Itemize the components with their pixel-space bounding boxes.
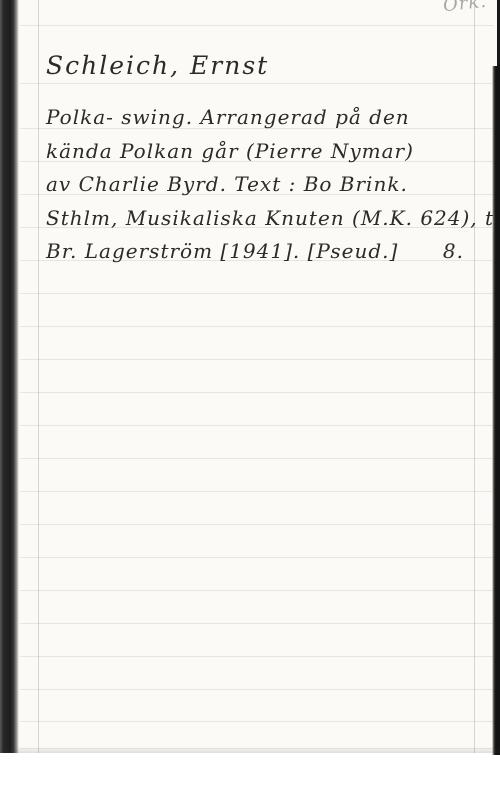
- rule-line: [20, 25, 494, 26]
- right-binding-edge: [492, 66, 500, 755]
- card-line: Sthlm, Musikaliska Knuten (M.K. 624), tr…: [46, 202, 470, 236]
- rule-line: [20, 359, 494, 360]
- rule-line: [20, 656, 494, 657]
- scanned-catalog-card: Ork. Schleich, Ernst Polka- swing. Arran…: [0, 0, 500, 800]
- page-number: 8.: [443, 235, 464, 269]
- card-line: av Charlie Byrd. Text : Bo Brink.: [46, 168, 470, 202]
- rule-line: [20, 721, 494, 722]
- rule-line: [20, 83, 494, 84]
- rule-line: [20, 392, 494, 393]
- card-body: Polka- swing. Arrangerad på den kända Po…: [46, 101, 470, 269]
- rule-line: [20, 524, 494, 525]
- rule-line: [20, 590, 494, 591]
- rule-line: [20, 689, 494, 690]
- paper-bottom-edge: [0, 747, 500, 753]
- left-margin-line: [38, 0, 39, 753]
- card-paper: Ork. Schleich, Ernst Polka- swing. Arran…: [0, 0, 500, 753]
- rule-line: [20, 557, 494, 558]
- card-line: Polka- swing. Arrangerad på den: [46, 101, 470, 135]
- card-line: kända Polkan går (Pierre Nymar): [46, 135, 470, 169]
- corner-annotation: Ork.: [442, 0, 488, 16]
- card-line-text: Br. Lagerström [1941]. [Pseud.]: [46, 235, 398, 269]
- rule-line: [20, 491, 494, 492]
- card-heading: Schleich, Ernst: [46, 51, 269, 80]
- right-margin-line: [474, 0, 475, 753]
- rule-line: [20, 425, 494, 426]
- rule-line: [20, 293, 494, 294]
- rule-line: [20, 458, 494, 459]
- rule-line: [20, 623, 494, 624]
- left-binding-edge: [0, 0, 19, 753]
- card-line: Br. Lagerström [1941]. [Pseud.] 8.: [46, 235, 470, 269]
- rule-line: [20, 326, 494, 327]
